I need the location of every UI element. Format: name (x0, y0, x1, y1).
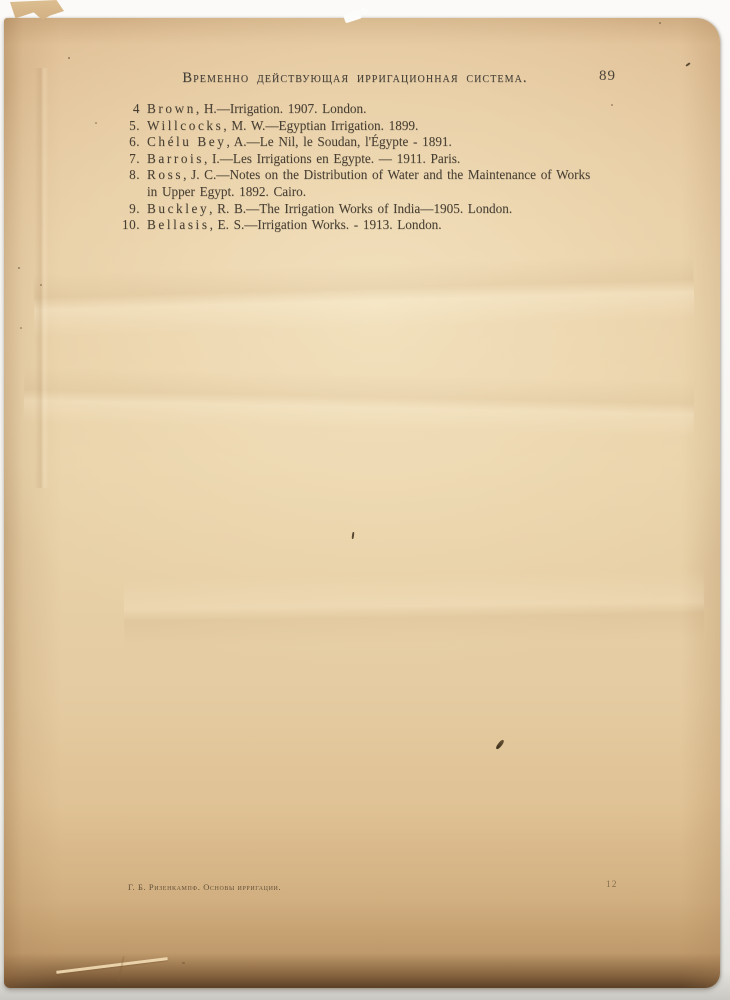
reference-item: 6. Chélu Bey, A.—Le Nil, le Soudan, l'Ég… (104, 134, 649, 151)
reference-item: 8. Ross, J. C.—Notes on the Distribution… (104, 167, 649, 184)
reference-number: 8. (104, 167, 147, 184)
reference-number: 4 (104, 101, 147, 118)
reference-item: 7. Barrois, I.—Les Irrigations en Egypte… (104, 151, 649, 168)
reference-text: Buckley, R. B.—The Irrigation Works of I… (147, 201, 649, 218)
paper-speck (40, 284, 42, 286)
reference-number: 10. (104, 217, 147, 234)
paper-crease (117, 956, 124, 982)
footer-signature: Г. Б. Ризенкампф. Основы ирригации. (128, 882, 281, 892)
reference-list: 4 Brown, H.—Irrigation. 1907. London. 5.… (104, 101, 649, 234)
reference-item: in Upper Egypt. 1892. Cairo. (104, 184, 649, 201)
reference-text: in Upper Egypt. 1892. Cairo. (147, 184, 649, 201)
reference-author: Willcocks (147, 118, 223, 133)
paper-speck (182, 962, 185, 964)
paper-crease (28, 68, 54, 488)
paper-wrinkle (124, 570, 705, 648)
paper-wrinkle (33, 255, 695, 337)
reference-author: Barrois (147, 151, 204, 166)
reference-number: 9. (104, 201, 147, 218)
paper-tear-mark (360, 7, 369, 15)
page-number: 89 (599, 68, 616, 85)
scanned-book-page: Временно действующая ирригационная систе… (0, 0, 730, 1000)
paper-speck (68, 57, 70, 59)
reference-text: Ross, J. C.—Notes on the Distribution of… (147, 167, 649, 184)
paper-speck (495, 739, 505, 750)
paper-crease (56, 957, 168, 974)
paper-speck (685, 62, 690, 67)
paper-speck (95, 122, 97, 124)
reference-text: Willcocks, M. W.—Egyptian Irrigation. 18… (147, 118, 649, 135)
reference-author: Brown (147, 101, 196, 116)
running-header-title: Временно действующая ирригационная систе… (182, 70, 527, 87)
reference-text: Barrois, I.—Les Irrigations en Egypte. —… (147, 151, 649, 168)
torn-corner-flap (10, 0, 64, 20)
paper-speck (659, 22, 661, 24)
paper-speck (20, 327, 22, 329)
paper-wrinkle (23, 367, 694, 437)
reference-number: 5. (104, 118, 147, 135)
reference-author: Chélu Bey (147, 134, 226, 149)
reference-number (104, 184, 147, 201)
reference-text: Chélu Bey, A.—Le Nil, le Soudan, l'Égypt… (147, 134, 649, 151)
reference-text: Bellasis, E. S.—Irrigation Works. - 1913… (147, 217, 649, 234)
reference-item: 10. Bellasis, E. S.—Irrigation Works. - … (104, 217, 649, 234)
page-header: Временно действующая ирригационная систе… (4, 68, 720, 90)
footer-sheet-number: 12 (606, 880, 618, 890)
reference-author: Bellasis (147, 217, 210, 232)
reference-number: 7. (104, 151, 147, 168)
reference-number: 6. (104, 134, 147, 151)
paper-speck (18, 267, 20, 269)
reference-item: 4 Brown, H.—Irrigation. 1907. London. (104, 101, 649, 118)
reference-item: 5. Willcocks, M. W.—Egyptian Irrigation.… (104, 118, 649, 135)
paper-speck (352, 532, 355, 539)
reference-text: Brown, H.—Irrigation. 1907. London. (147, 101, 649, 118)
book-page: Временно действующая ирригационная систе… (4, 18, 720, 988)
reference-item: 9. Buckley, R. B.—The Irrigation Works o… (104, 201, 649, 218)
reference-author: Ross (147, 167, 183, 182)
reference-author: Buckley (147, 201, 209, 216)
